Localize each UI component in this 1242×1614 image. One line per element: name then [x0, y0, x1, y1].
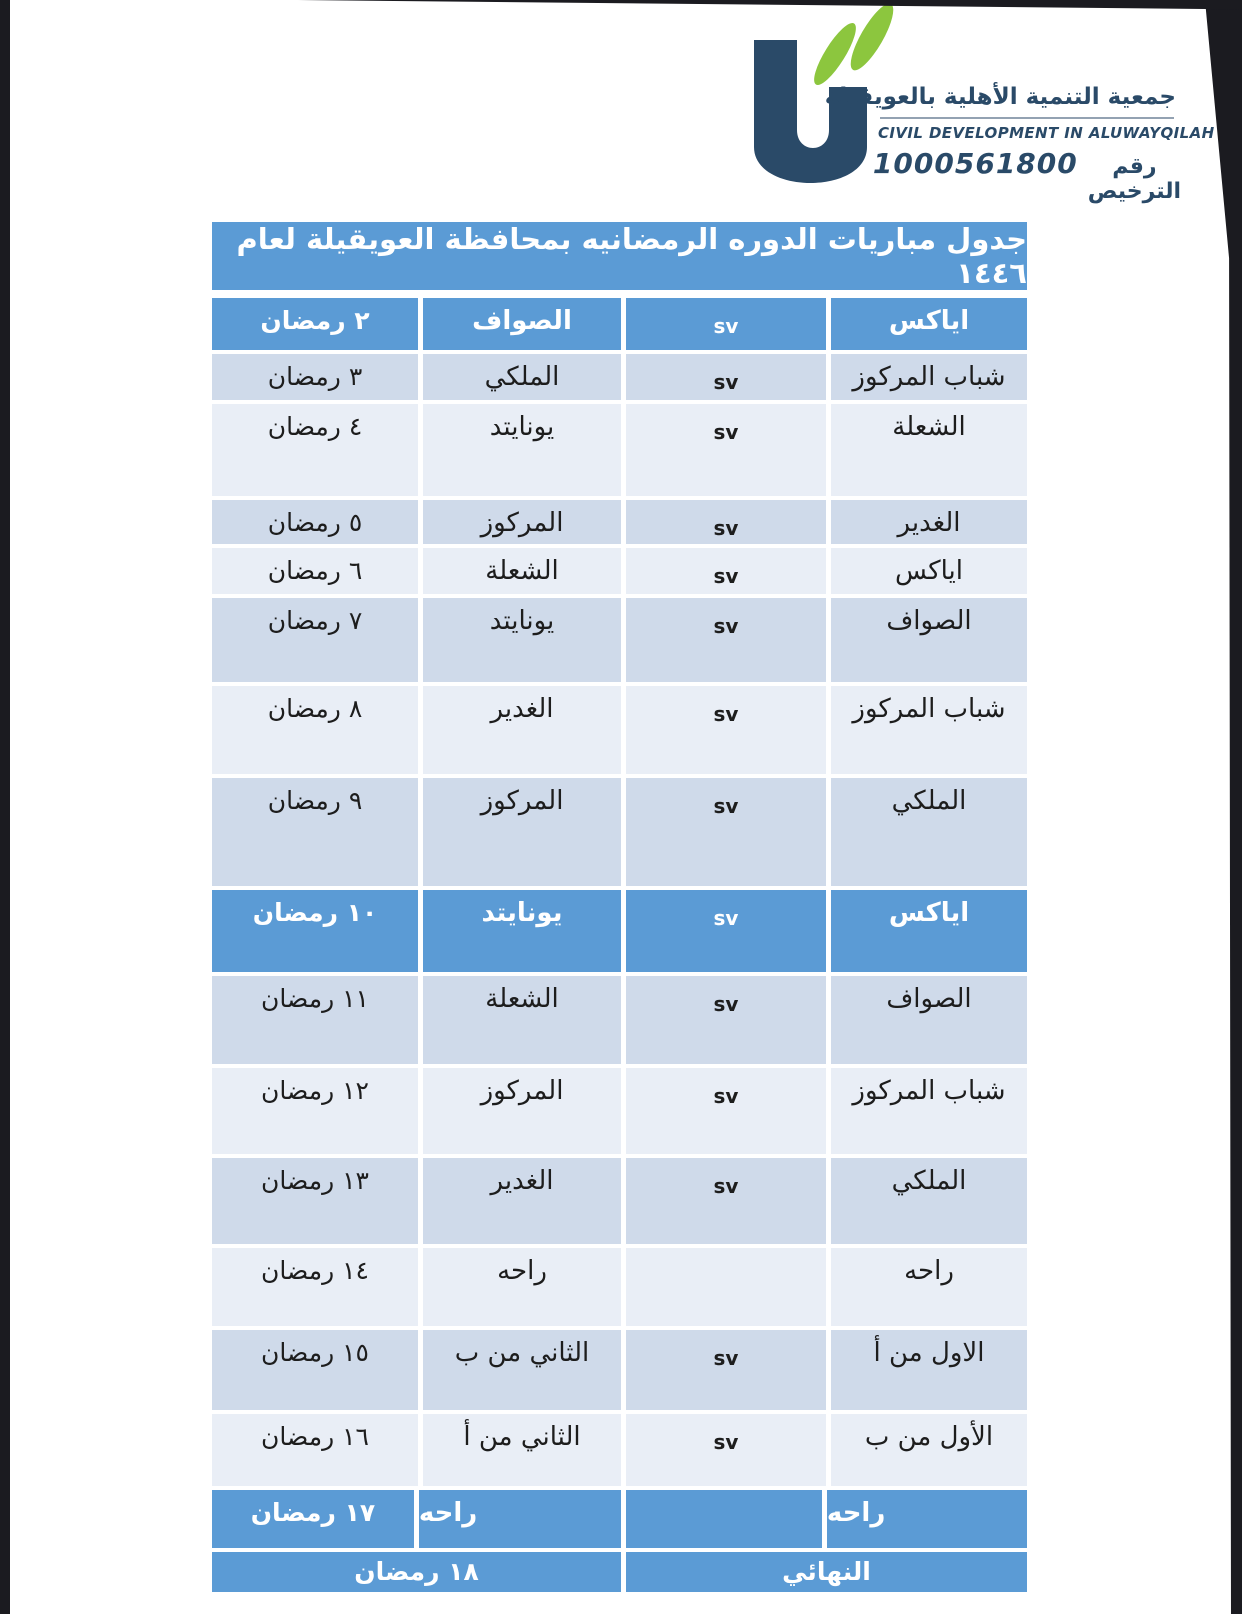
away-team-cell: الملكي — [423, 354, 621, 400]
date-cell: ٥ رمضان — [212, 500, 418, 544]
vs-cell: sv — [626, 890, 826, 972]
home-team-cell: اياكس — [831, 890, 1027, 972]
vs-cell: sv — [626, 354, 826, 400]
away-team-cell: الثاني من ب — [423, 1330, 621, 1410]
home-team-cell: الاول من أ — [831, 1330, 1027, 1410]
away-team-cell: الصواف — [423, 298, 621, 350]
logo-u-shape — [754, 40, 867, 183]
match-row: ١٦ رمضان الثاني من أ sv الأول من ب — [212, 1414, 1027, 1486]
vs-cell: sv — [626, 778, 826, 886]
date-cell: ١٦ رمضان — [212, 1414, 418, 1486]
vs-cell: sv — [626, 1158, 826, 1244]
match-row-highlighted: ١٠ رمضان يونايتد sv اياكس — [212, 890, 1027, 972]
vs-cell — [626, 1248, 826, 1326]
header-row: ٢ رمضان الصواف sv اياكس — [212, 298, 1027, 350]
home-team-cell: اياكس — [831, 298, 1027, 350]
match-row: ٨ رمضان الغدير sv شباب المركوز — [212, 686, 1027, 774]
date-cell: ٤ رمضان — [212, 404, 418, 496]
final-date-cell: ١٨ رمضان — [212, 1552, 621, 1592]
away-team-cell: راحه — [423, 1248, 621, 1326]
match-row: ٣ رمضان الملكي sv شباب المركوز — [212, 354, 1027, 400]
match-row: ٧ رمضان يونايتد sv الصواف — [212, 598, 1027, 682]
away-team-cell: المركوز — [423, 500, 621, 544]
home-team-cell: الغدير — [831, 500, 1027, 544]
match-row: ١٣ رمضان الغدير sv الملكي — [212, 1158, 1027, 1244]
away-team-cell: يونايتد — [423, 890, 621, 972]
date-cell: ١١ رمضان — [212, 976, 418, 1064]
vs-cell: sv — [626, 548, 826, 594]
org-name-english: CIVIL DEVELOPMENT IN ALUWAYQILAH — [878, 124, 1176, 142]
away-team-cell: يونايتد — [423, 404, 621, 496]
home-team-cell: الشعلة — [831, 404, 1027, 496]
away-team-cell: الغدير — [423, 1158, 621, 1244]
away-team-cell: الغدير — [423, 686, 621, 774]
date-cell: ١٣ رمضان — [212, 1158, 418, 1244]
date-cell: ١٢ رمضان — [212, 1068, 418, 1154]
home-team-cell: راحه — [827, 1490, 1027, 1548]
match-row: ٦ رمضان الشعلة sv اياكس — [212, 548, 1027, 594]
date-cell: ٣ رمضان — [212, 354, 418, 400]
match-row: ١٥ رمضان الثاني من ب sv الاول من أ — [212, 1330, 1027, 1410]
home-team-cell: شباب المركوز — [831, 1068, 1027, 1154]
rest-day-row-highlighted: ١٧ رمضان راحه راحه — [212, 1490, 1027, 1548]
brand-text-block: جمعية التنمية الأهلية بالعويقيلة CIVIL D… — [878, 84, 1176, 204]
match-row: ١١ رمضان الشعلة sv الصواف — [212, 976, 1027, 1064]
vs-cell: sv — [626, 1068, 826, 1154]
vs-cell — [626, 1490, 822, 1548]
match-row: ٤ رمضان يونايتد sv الشعلة — [212, 404, 1027, 496]
date-cell: ٦ رمضان — [212, 548, 418, 594]
date-cell: ١٧ رمضان — [212, 1490, 414, 1548]
rest-day-row: ١٤ رمضان راحه راحه — [212, 1248, 1027, 1326]
home-team-cell: الملكي — [831, 778, 1027, 886]
date-cell: ١٠ رمضان — [212, 890, 418, 972]
home-team-cell: راحه — [831, 1248, 1027, 1326]
date-cell: ٨ رمضان — [212, 686, 418, 774]
match-row: ٩ رمضان المركوز sv الملكي — [212, 778, 1027, 886]
date-cell: ٩ رمضان — [212, 778, 418, 886]
home-team-cell: اياكس — [831, 548, 1027, 594]
license-number: 1000561800 — [873, 147, 1078, 180]
date-cell: ١٤ رمضان — [212, 1248, 418, 1326]
brand-divider — [880, 117, 1174, 119]
final-label-cell: النهائي — [626, 1552, 1027, 1592]
final-row: ١٨ رمضان النهائي — [212, 1552, 1027, 1592]
home-team-cell: الصواف — [831, 976, 1027, 1064]
license-line: رقم الترخيص 1000561800 — [878, 147, 1176, 204]
match-row: ١٢ رمضان المركوز sv شباب المركوز — [212, 1068, 1027, 1154]
tournament-title: جدول مباريات الدوره الرمضانيه بمحافظة ال… — [212, 222, 1027, 290]
org-name-arabic: جمعية التنمية الأهلية بالعويقيلة — [878, 84, 1176, 110]
away-team-cell: المركوز — [423, 1068, 621, 1154]
away-team-cell: يونايتد — [423, 598, 621, 682]
away-team-cell: الثاني من أ — [423, 1414, 621, 1486]
home-team-cell: شباب المركوز — [831, 354, 1027, 400]
away-team-cell: الشعلة — [423, 976, 621, 1064]
photo-edge-top — [0, 0, 1242, 13]
date-cell: ٢ رمضان — [212, 298, 418, 350]
home-team-cell: شباب المركوز — [831, 686, 1027, 774]
vs-cell: sv — [626, 1414, 826, 1486]
vs-cell: sv — [626, 298, 826, 350]
home-team-cell: الصواف — [831, 598, 1027, 682]
vs-cell: sv — [626, 686, 826, 774]
date-cell: ١٥ رمضان — [212, 1330, 418, 1410]
vs-cell: sv — [626, 1330, 826, 1410]
photo-edge-right — [1204, 0, 1242, 1614]
photo-edge-left — [0, 0, 10, 1614]
date-cell: ٧ رمضان — [212, 598, 418, 682]
vs-cell: sv — [626, 598, 826, 682]
schedule-table: جدول مباريات الدوره الرمضانيه بمحافظة ال… — [212, 222, 1027, 1596]
home-team-cell: الملكي — [831, 1158, 1027, 1244]
match-row: ٥ رمضان المركوز sv الغدير — [212, 500, 1027, 544]
home-team-cell: الأول من ب — [831, 1414, 1027, 1486]
away-team-cell: المركوز — [423, 778, 621, 886]
vs-cell: sv — [626, 404, 826, 496]
license-label: رقم الترخيص — [1088, 154, 1181, 204]
vs-cell: sv — [626, 500, 826, 544]
away-team-cell: الشعلة — [423, 548, 621, 594]
away-team-cell: راحه — [419, 1490, 621, 1548]
vs-cell: sv — [626, 976, 826, 1064]
